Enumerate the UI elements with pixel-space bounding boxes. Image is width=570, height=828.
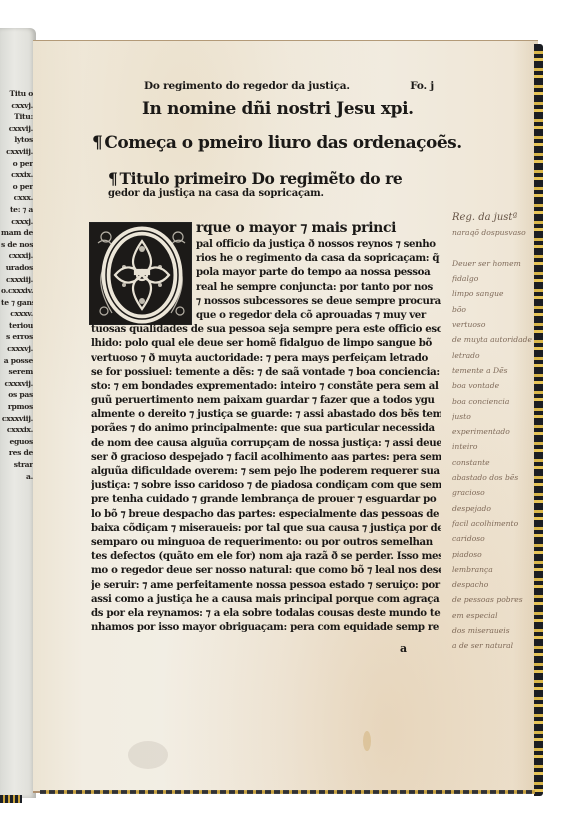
left-page-fragment: cxxxix. bbox=[1, 424, 33, 436]
body-text-line: rque o mayor ⁊ mais princi bbox=[91, 219, 441, 237]
body-text-line: sto: ⁊ em bondades exprementado: inteiro… bbox=[91, 379, 441, 393]
manuscript-marginal-annotations: Reg. da justªnaraqõ dospusvaso Deuer ser… bbox=[452, 210, 534, 654]
invocation: In nomine dñi nostri Jesu xpi. bbox=[142, 99, 414, 119]
body-text-line: que o regedor dela cõ aprouadas ⁊ muy ve… bbox=[91, 308, 441, 322]
body-text-line: semparo ou minguoa de requerimento: ou p… bbox=[91, 535, 441, 549]
left-page-fragment: s erros bbox=[1, 331, 33, 343]
body-text-line: almente o dereito ⁊ justiça se guarde: ⁊… bbox=[91, 407, 441, 421]
marginal-note: boa conciencia bbox=[452, 394, 534, 409]
left-page-fragment: eguos bbox=[1, 436, 33, 448]
marginal-note: fidalgo bbox=[452, 271, 534, 286]
body-text-line: ds por ela reynamos: ⁊ a ela sobre todal… bbox=[91, 606, 441, 620]
running-head-title: Do regimento do regedor da justiça. bbox=[144, 80, 350, 92]
pilcrow-icon: ¶ bbox=[92, 133, 102, 153]
left-page-fragment: strar bbox=[1, 459, 33, 471]
marginal-note: boa vontade bbox=[452, 378, 534, 393]
left-page-fragment: cxxvj. bbox=[1, 100, 33, 112]
marginal-note: a de ser natural bbox=[452, 638, 534, 653]
marginal-note bbox=[452, 241, 534, 256]
body-text-line: tuosas qualidades de sua pessoa seja sem… bbox=[91, 322, 441, 336]
body-text-line: ser ð gracioso despejado ⁊ facil acolhim… bbox=[91, 450, 441, 464]
body-text-line: pola mayor parte do tempo aa nossa pesso… bbox=[91, 265, 441, 279]
left-page-fragment: serem bbox=[1, 366, 33, 378]
body-text-line: pal officio da justiça ð nossos reynos ⁊… bbox=[91, 237, 441, 251]
pilcrow-icon: ¶ bbox=[108, 169, 117, 188]
marginal-note: vertuoso bbox=[452, 317, 534, 332]
paper-stain bbox=[128, 741, 168, 769]
left-page-fragment: mam de bbox=[1, 227, 33, 239]
body-text-line: vertuoso ⁊ ð muyta auctoridade: ⁊ pera m… bbox=[91, 351, 441, 365]
body-text-line: lhido: polo qual ele deue ser homẽ fidal… bbox=[91, 336, 441, 350]
chapter-heading: ¶Titulo primeiro Do regimẽto do re gedor… bbox=[108, 170, 438, 201]
marginal-note: limpo sangue bbox=[452, 286, 534, 301]
marginal-note: despejado bbox=[452, 501, 534, 516]
left-page-fragment: Titu: bbox=[1, 111, 33, 123]
left-page-fragment: os pas bbox=[1, 389, 33, 401]
body-text-line: ⁊ nossos subcessores se deue sempre proc… bbox=[91, 294, 441, 308]
marginal-note: facil acolhimento bbox=[452, 516, 534, 531]
left-page-fragment: o.cxxxiv. bbox=[1, 285, 33, 297]
left-page-fragment: a posse bbox=[1, 355, 33, 367]
marginal-note: lembrança bbox=[452, 562, 534, 577]
running-head: Do regimento do regedor da justiça. Fo. … bbox=[144, 80, 434, 96]
left-page-fragment: res de bbox=[1, 447, 33, 459]
left-page-fragment: teriou bbox=[1, 320, 33, 332]
gilt-fore-edge-binding bbox=[534, 44, 543, 796]
marginal-note: dos miseraueis bbox=[452, 623, 534, 638]
left-page-fragment: s de nos bbox=[1, 239, 33, 251]
body-text-line: je seruir: ⁊ ame perfeitamente nossa pes… bbox=[91, 578, 441, 592]
left-page-fragment: cxxxij. bbox=[1, 250, 33, 262]
body-text-line: nhamos por isso mayor obriguaçam: pera c… bbox=[91, 620, 441, 634]
body-text-line: justiça: ⁊ sobre isso caridoso ⁊ de piad… bbox=[91, 478, 441, 492]
marginal-note: Reg. da justª bbox=[452, 210, 534, 225]
gilt-bottom-edge-binding bbox=[40, 790, 535, 794]
body-text-line: porães ⁊ do animo principalmente: que su… bbox=[91, 421, 441, 435]
chapter-heading-line-2: gedor da justiça na casa da sopricaçam. bbox=[108, 187, 438, 201]
body-text-line: mo o regedor deue ser nosso natural: que… bbox=[91, 563, 441, 577]
left-page-text-fragments: Titu ocxxvj.Titu:cxxvij.lytoscxxviij.o p… bbox=[1, 88, 33, 482]
left-page-fragment: cxxxvij. bbox=[1, 378, 33, 390]
marginal-note: de muyta autoridade bbox=[452, 332, 534, 347]
marginal-note: inteiro bbox=[452, 439, 534, 454]
body-text-line: tes defectos (quãto em ele for) nom aja … bbox=[91, 549, 441, 563]
book-heading-text: Começa o pmeiro liuro das ordenaçoẽs. bbox=[104, 133, 461, 153]
left-page-fragment: te ⁊ gans bbox=[1, 297, 33, 309]
left-facing-page: Titu ocxxvj.Titu:cxxvij.lytoscxxviij.o p… bbox=[0, 28, 36, 798]
left-page-fragment: cxxix. bbox=[1, 169, 33, 181]
left-page-fragment: cxxxv. bbox=[1, 308, 33, 320]
book-heading: ¶Começa o pmeiro liuro das ordenaçoẽs. bbox=[92, 133, 462, 153]
marginal-note: gracioso bbox=[452, 485, 534, 500]
body-text-line: guũ peruertimento nem paixam guardar ⁊ f… bbox=[91, 393, 441, 407]
left-page-fragment: cxxxiij. bbox=[1, 274, 33, 286]
body-text-line: pre tenha cuidado ⁊ grande lembrança de … bbox=[91, 492, 441, 506]
body-text-line: real he sempre conjuncta: por tanto por … bbox=[91, 280, 441, 294]
left-page-fragment: cxxx. bbox=[1, 192, 33, 204]
chapter-heading-line-1: Titulo primeiro Do regimẽto do re bbox=[119, 169, 402, 188]
paper-stain bbox=[363, 731, 371, 751]
body-text-line: rios he o regimento da casa da sopricaça… bbox=[91, 251, 441, 265]
body-text-column: rque o mayor ⁊ mais principal officio da… bbox=[91, 219, 441, 634]
marginal-note: piadoso bbox=[452, 547, 534, 562]
left-page-fragment: o per bbox=[1, 181, 33, 193]
body-text-line: baixa cõdiçam ⁊ miseraueis: por tal que … bbox=[91, 521, 441, 535]
left-page-fragment: cxxxj. bbox=[1, 216, 33, 228]
marginal-note: abastado dos bẽs bbox=[452, 470, 534, 485]
left-page-fragment: o per bbox=[1, 158, 33, 170]
marginal-note: caridoso bbox=[452, 531, 534, 546]
left-page-fragment: rpmos bbox=[1, 401, 33, 413]
left-page-fragment: cxxviij. bbox=[1, 146, 33, 158]
marginal-note: bõo bbox=[452, 302, 534, 317]
left-page-fragment: cxxxvj. bbox=[1, 343, 33, 355]
left-page-fragment: Titu o bbox=[1, 88, 33, 100]
left-page-fragment: cxxvij. bbox=[1, 123, 33, 135]
left-page-fragment: a. bbox=[1, 471, 33, 483]
folio-number: Fo. j bbox=[410, 80, 434, 92]
marginal-note: de pessoas pobres bbox=[452, 592, 534, 607]
marginal-note: despacho bbox=[452, 577, 534, 592]
body-text-line: se for possiuel: temente a dẽs: ⁊ de saã… bbox=[91, 365, 441, 379]
body-text-line: de nom dee causa alguũa corrupçam de nos… bbox=[91, 436, 441, 450]
left-page-fragment: te: ⁊ a bbox=[1, 204, 33, 216]
body-text-line: assi como a justiça he a causa mais prin… bbox=[91, 592, 441, 606]
marginal-note: experimentado bbox=[452, 424, 534, 439]
marginal-note: naraqõ dospusvaso bbox=[452, 225, 534, 240]
body-text-line: alguũa dificuldade overem: ⁊ sem pejo lh… bbox=[91, 464, 441, 478]
left-gilt-edge bbox=[0, 795, 22, 803]
body-text-line: lo bõ ⁊ breue despacho das partes: espec… bbox=[91, 507, 441, 521]
marginal-note: letrado bbox=[452, 348, 534, 363]
left-page-fragment: lytos bbox=[1, 134, 33, 146]
left-page-fragment: urados bbox=[1, 262, 33, 274]
marginal-note: justo bbox=[452, 409, 534, 424]
marginal-note: em especial bbox=[452, 608, 534, 623]
marginal-note: temente a Dẽs bbox=[452, 363, 534, 378]
marginal-note: Deuer ser homem bbox=[452, 256, 534, 271]
marginal-note: constante bbox=[452, 455, 534, 470]
signature-mark: a bbox=[400, 642, 407, 655]
left-page-fragment: cxxxviij. bbox=[1, 413, 33, 425]
